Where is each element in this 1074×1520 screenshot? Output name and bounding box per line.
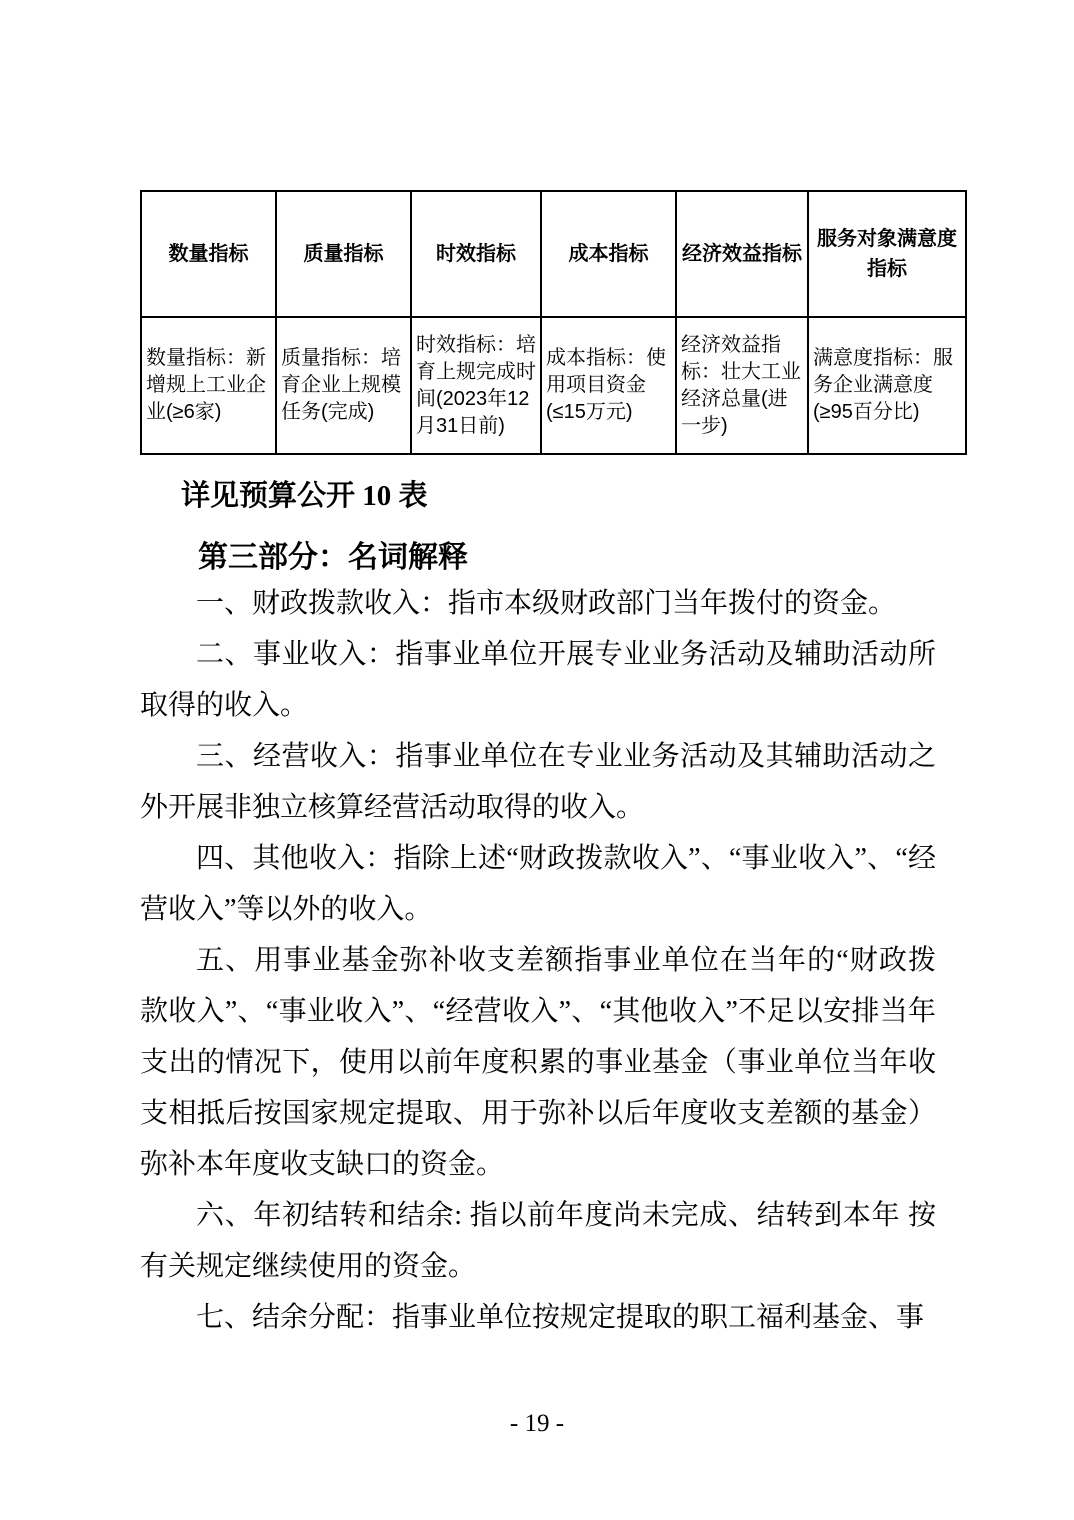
table-content-row: 数量指标：新增规上工业企业(≥6家) 质量指标：培育企业上规模任务(完成) 时效… [141,317,966,454]
cell-economic-benefit-indicator: 经济效益指标：壮大工业经济总量(进一步) [676,317,808,454]
paragraph-fund-deficit-coverage: 五、用事业基金弥补收支差额指事业单位在当年的“财政拨款收入”、“事业收入”、“经… [140,935,936,1190]
paragraph-fiscal-appropriation-income: 一、财政拨款收入：指市本级财政部门当年拨付的资金。 [140,578,936,629]
section-heading: 第三部分：名词解释 [198,532,468,576]
cell-timeliness-indicator: 时效指标：培育上规完成时间(2023年12月31日前) [411,317,541,454]
header-quality-indicator: 质量指标 [276,191,411,317]
cell-quantity-indicator: 数量指标：新增规上工业企业(≥6家) [141,317,276,454]
header-satisfaction-indicator: 服务对象满意度指标 [808,191,966,317]
table-reference-caption: 详见预算公开 10 表 [181,473,428,514]
header-quantity-indicator: 数量指标 [141,191,276,317]
header-timeliness-indicator: 时效指标 [411,191,541,317]
paragraph-balance-distribution: 七、结余分配：指事业单位按规定提取的职工福利基金、事 [140,1292,936,1343]
glossary-text-block: 一、财政拨款收入：指市本级财政部门当年拨付的资金。 二、事业收入：指事业单位开展… [140,578,936,1343]
paragraph-carryover-balance: 六、年初结转和结余: 指以前年度尚未完成、结转到本年 按有关规定继续使用的资金。 [140,1190,936,1292]
cell-quality-indicator: 质量指标：培育企业上规模任务(完成) [276,317,411,454]
performance-indicator-table: 数量指标 质量指标 时效指标 成本指标 经济效益指标 服务对象满意度指标 数量指… [140,190,967,455]
cell-satisfaction-indicator: 满意度指标：服务企业满意度(≥95百分比) [808,317,966,454]
document-page: 数量指标 质量指标 时效指标 成本指标 经济效益指标 服务对象满意度指标 数量指… [0,0,1074,1520]
table-header-row: 数量指标 质量指标 时效指标 成本指标 经济效益指标 服务对象满意度指标 [141,191,966,317]
header-economic-benefit-indicator: 经济效益指标 [676,191,808,317]
header-cost-indicator: 成本指标 [541,191,676,317]
paragraph-business-income: 三、经营收入：指事业单位在专业业务活动及其辅助活动之外开展非独立核算经营活动取得… [140,731,936,833]
cell-cost-indicator: 成本指标：使用项目资金(≤15万元) [541,317,676,454]
page-number: - 19 - [0,1410,1074,1438]
paragraph-other-income: 四、其他收入：指除上述“财政拨款收入”、“事业收入”、“经营收入”等以外的收入。 [140,833,936,935]
paragraph-operating-income: 二、事业收入：指事业单位开展专业业务活动及辅助活动所取得的收入。 [140,629,936,731]
